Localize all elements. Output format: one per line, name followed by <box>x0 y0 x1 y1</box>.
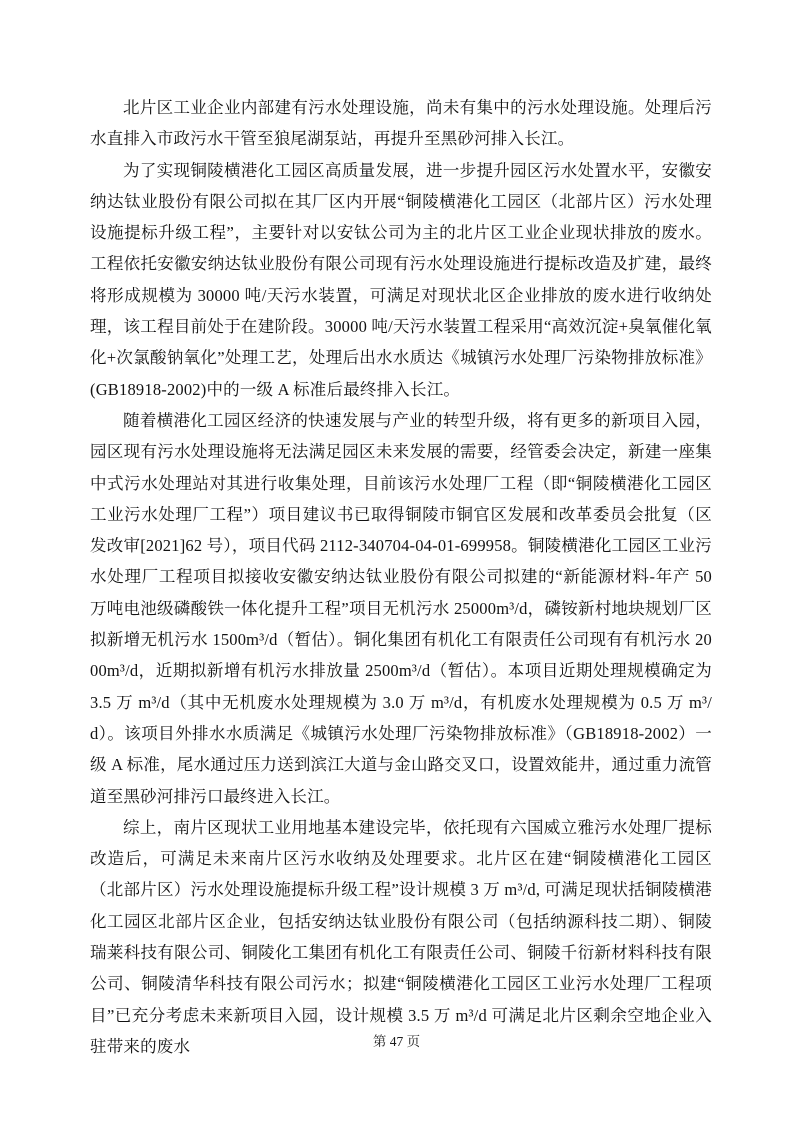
paragraph-summary: 综上，南片区现状工业用地基本建设完毕，依托现有六国威立雅污水处理厂提标改造后，可… <box>90 812 712 1062</box>
paragraph-north-area-status: 北片区工业企业内部建有污水处理设施，尚未有集中的污水处理设施。处理后污水直排入市… <box>90 92 712 155</box>
document-page: 北片区工业企业内部建有污水处理设施，尚未有集中的污水处理设施。处理后污水直排入市… <box>0 0 793 1122</box>
paragraph-new-treatment-plant: 随着横港化工园区经济的快速发展与产业的转型升级，将有更多的新项目入园，园区现有污… <box>90 405 712 812</box>
page-footer: 第 47 页 <box>0 1032 793 1052</box>
page-number-label: 第 47 页 <box>373 1034 420 1049</box>
document-body: 北片区工业企业内部建有污水处理设施，尚未有集中的污水处理设施。处理后污水直排入市… <box>90 92 712 1062</box>
paragraph-upgrade-project: 为了实现铜陵横港化工园区高质量发展，进一步提升园区污水处置水平，安徽安纳达钛业股… <box>90 155 712 405</box>
